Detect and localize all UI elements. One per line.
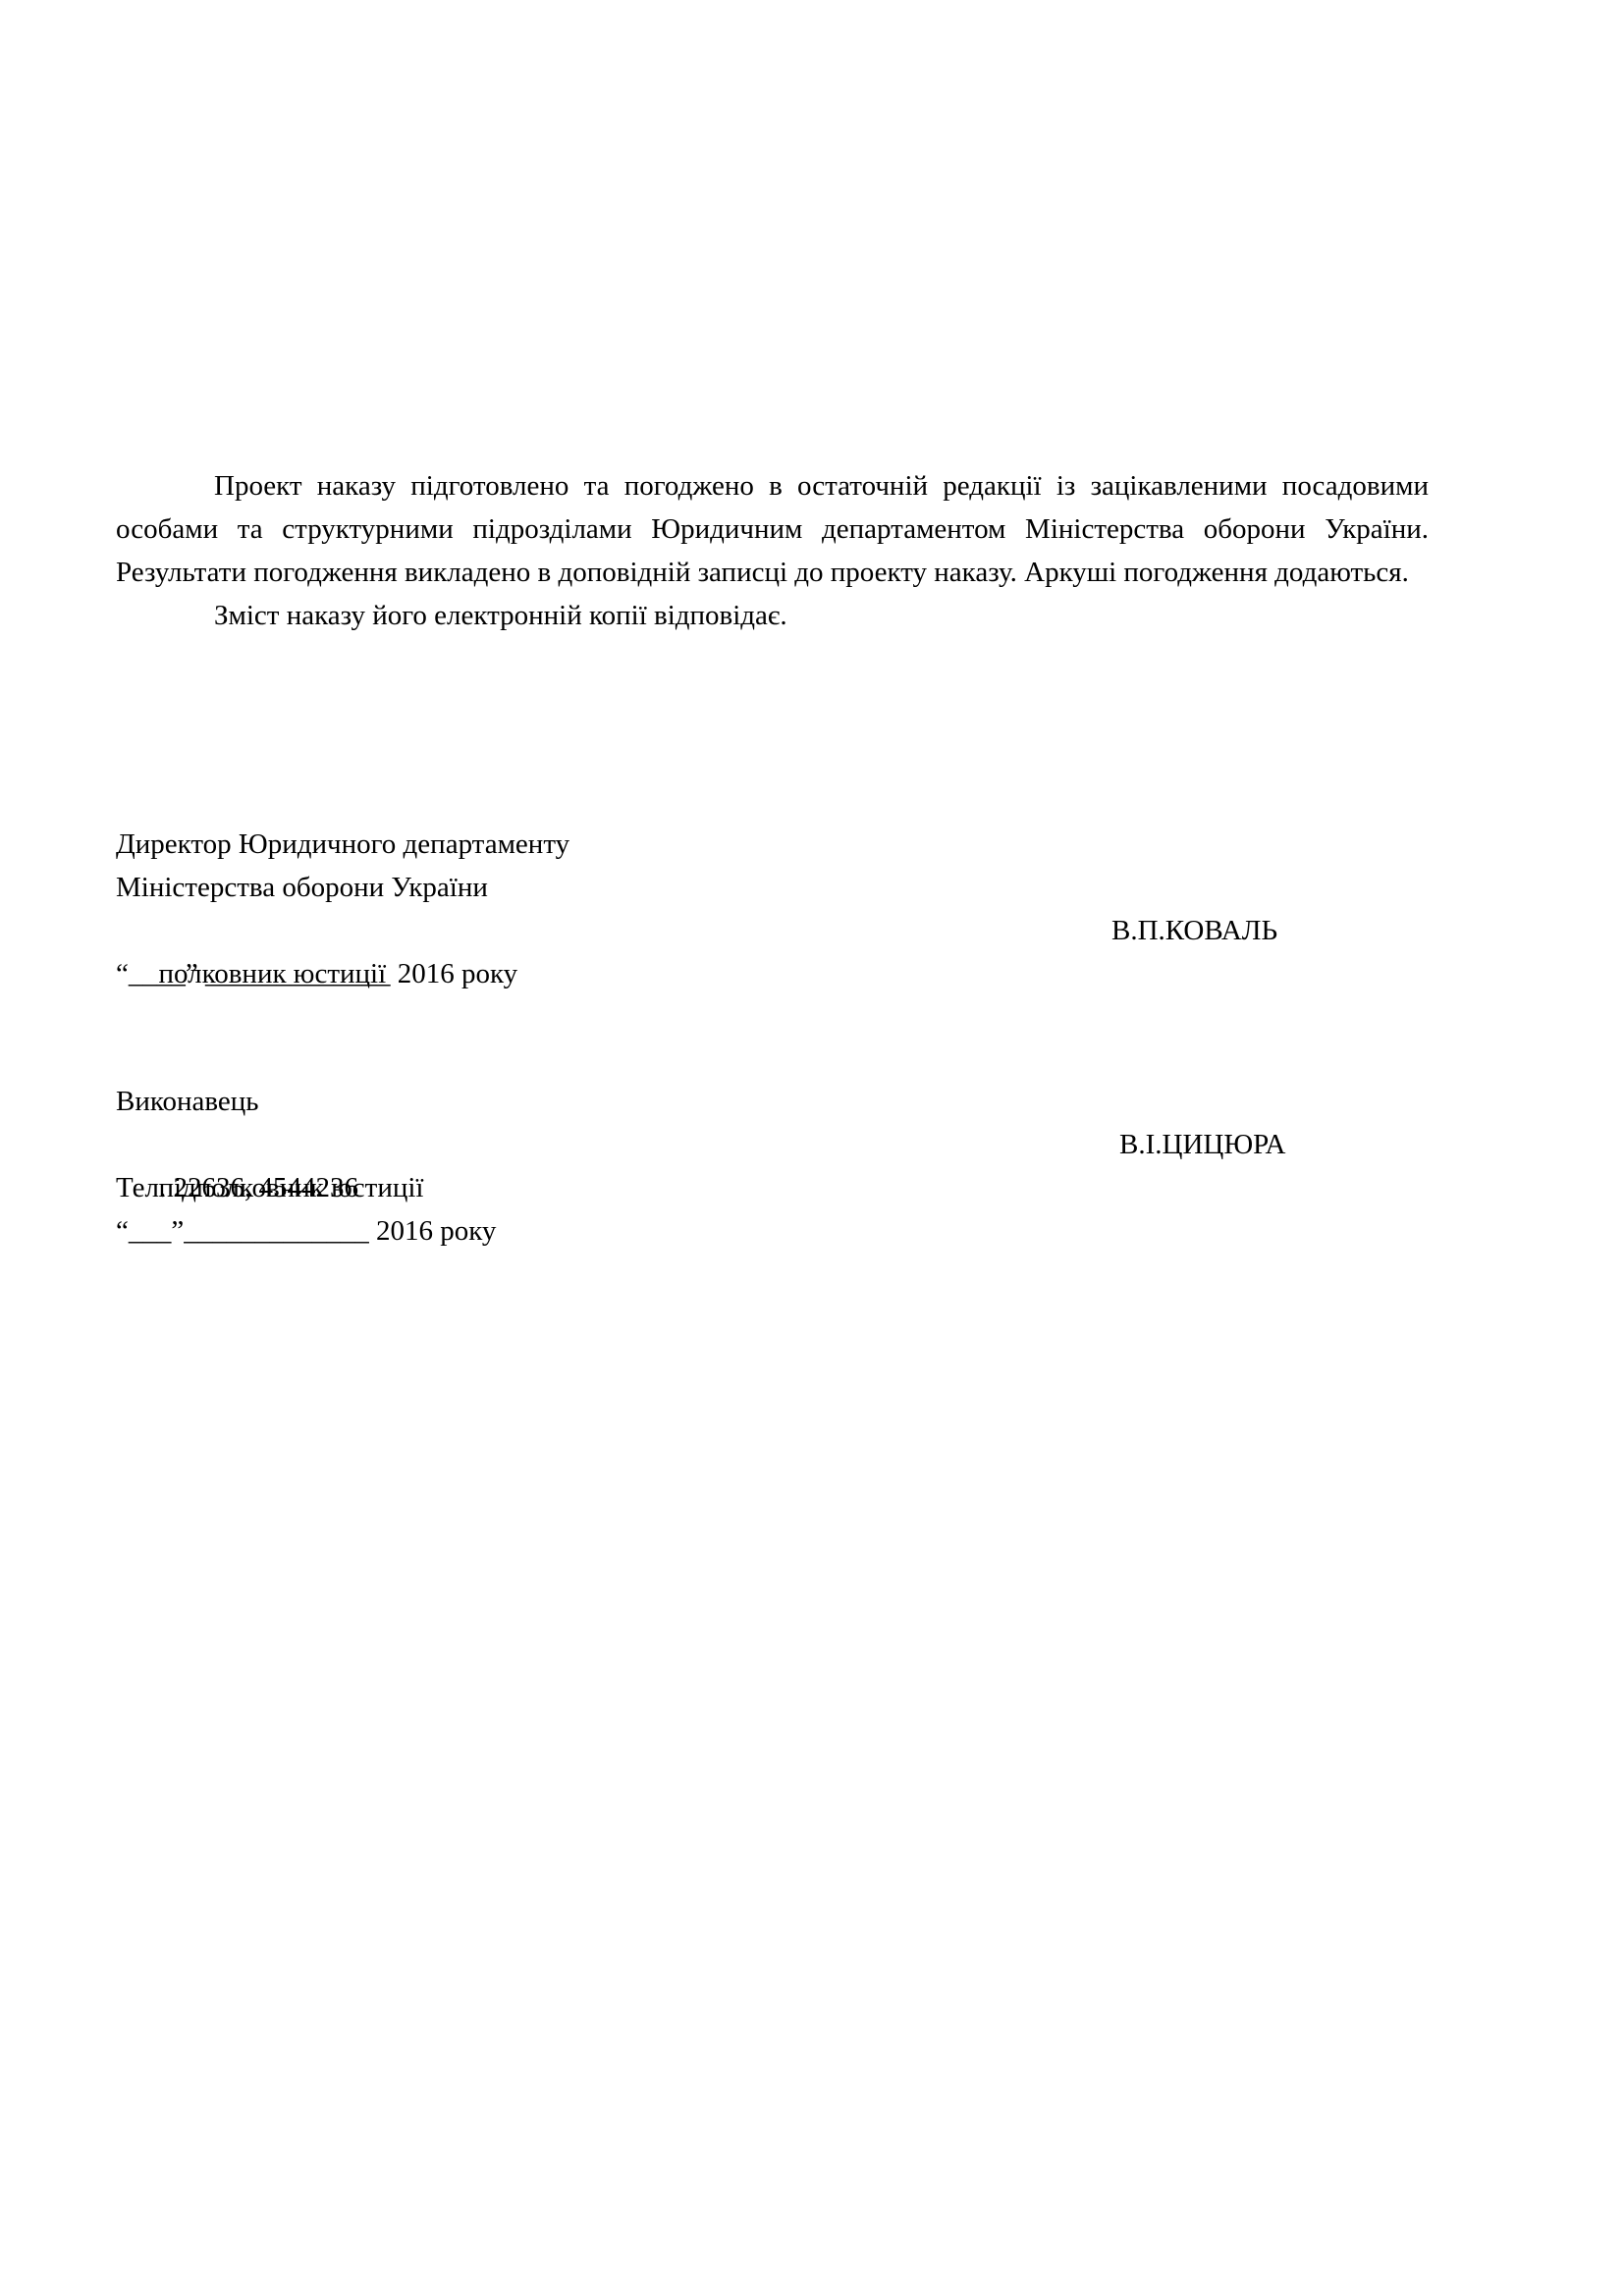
- director-position-line-2: Міністерства оборони України: [116, 866, 1429, 909]
- document-page: Проект наказу підготовлено та погоджено …: [0, 0, 1624, 2296]
- executor-signature-block: Виконавець підполковник юстиції В.І.ЦИЦЮ…: [116, 1080, 1429, 1253]
- executor-phone: Тел. 22636, 4544236: [116, 1166, 1429, 1209]
- director-signature-block: Директор Юридичного департаменту Міністе…: [116, 823, 1429, 995]
- executor-title: Виконавець: [116, 1080, 1429, 1123]
- director-rank-row: полковник юстиції В.П.КОВАЛЬ: [116, 909, 1429, 952]
- executor-rank-row: підполковник юстиції В.І.ЦИЦЮРА: [116, 1123, 1429, 1166]
- director-position-line-1: Директор Юридичного департаменту: [116, 823, 1429, 866]
- content-confirmation-paragraph: Зміст наказу його електронній копії відп…: [116, 594, 1429, 637]
- executor-date-line: “___”_____________ 2016 року: [116, 1209, 1429, 1253]
- approval-note: Проект наказу підготовлено та погоджено …: [116, 464, 1429, 637]
- director-name: В.П.КОВАЛЬ: [1111, 909, 1277, 952]
- approval-paragraph: Проект наказу підготовлено та погоджено …: [116, 464, 1429, 594]
- director-date-line: “____” _____________ 2016 року: [116, 952, 1429, 995]
- executor-name: В.І.ЦИЦЮРА: [1119, 1123, 1286, 1166]
